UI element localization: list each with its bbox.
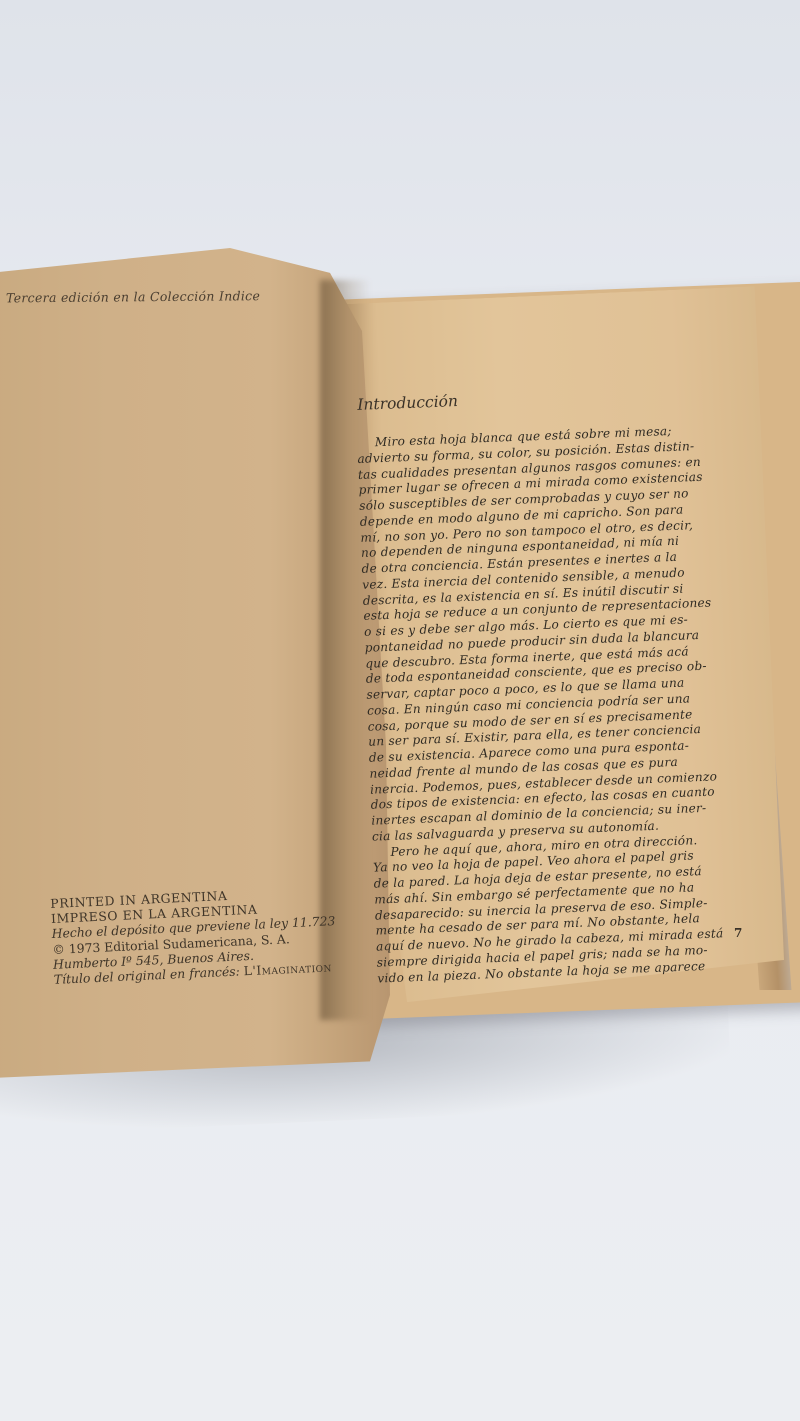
right-page-text: Introducción Miro esta hoja blanca que e… [355,381,767,987]
page-number: 7 [734,926,742,940]
imprint-block: PRINTED IN ARGENTINA IMPRESO EN LA ARGEN… [50,881,374,987]
book-photo-scene: Tercera edición en la Colección Indice P… [0,0,800,1421]
edition-note: Tercera edición en la Colección Indice [6,288,326,306]
